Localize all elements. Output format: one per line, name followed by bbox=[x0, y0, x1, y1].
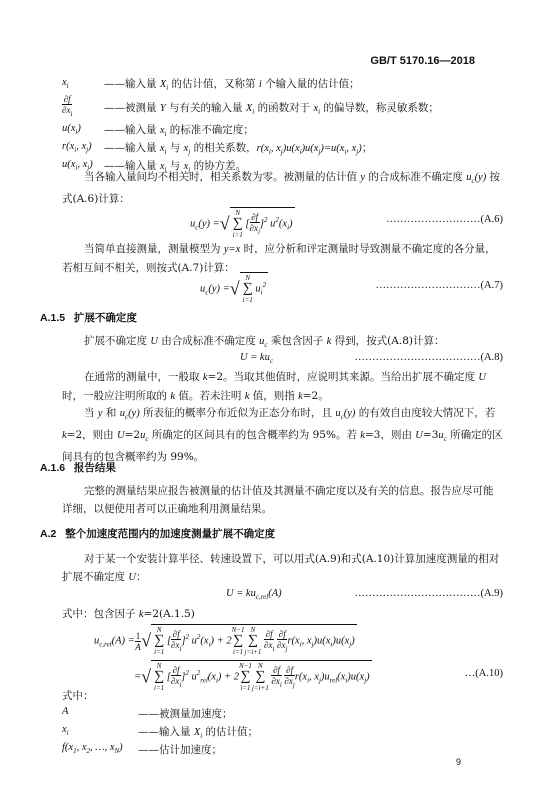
def-text-A: ——被测量加速度； bbox=[138, 706, 233, 721]
def-symbol-xi: xi bbox=[62, 77, 69, 90]
standard-header: GB/T 5170.16—2018 bbox=[370, 55, 475, 67]
equation-a10-line1: uc,rel(A) =1A√ N∑i=1 [∂f∂xi]2 u2(xi) + 2… bbox=[94, 624, 357, 656]
equation-label-a10: …(A.10) bbox=[465, 668, 503, 679]
paragraph-report: 完整的测量结果应报告被测量的估计值及其测量不确定度以及有关的信息。报告应尽可能详… bbox=[62, 482, 503, 518]
equation-a9: U = kuc,rel(A) bbox=[226, 588, 282, 601]
section-number: A.2 bbox=[40, 528, 56, 540]
def-symbol-A: A bbox=[62, 706, 68, 717]
def-symbol-xi-bottom: xi bbox=[62, 724, 69, 737]
def-text-rxixj: ——输入量 xi 与 xj 的相关系数，r(xi, xj)u(xi)u(xj)=… bbox=[104, 140, 372, 156]
equation-label-a8: ………………………………(A.8) bbox=[355, 352, 503, 363]
section-heading-a16: A.1.6 报告结果 bbox=[40, 460, 116, 475]
section-heading-a15: A.1.5 扩展不确定度 bbox=[40, 310, 137, 325]
section-title: 整个加速度范围内的加速度测量扩展不确定度 bbox=[65, 528, 275, 540]
equation-a7: uc(y) =√ N∑i=1 ui2 bbox=[200, 272, 268, 304]
def-text-partial: ——被测量 Y 与有关的输入量 Xi 的函数对于 xi 的偏导数，称灵敏系数； bbox=[104, 100, 439, 116]
equation-label-a7: …………………………(A.7) bbox=[376, 280, 503, 291]
paragraph-a7-intro: 当简单直接测量，测量模型为 y=x 时，应分析和评定测量时导致测量不确定度的各分… bbox=[62, 240, 503, 277]
paragraph-coverage-factor: 在通常的测量中，一般取 k=2。当取其他值时，应说明其来源。当给出扩展不确定度 … bbox=[62, 368, 503, 406]
def-symbol-rxixj: r(xi, xj) bbox=[62, 141, 92, 154]
def-text-xi-bottom: ——输入量 Xi 的估计值； bbox=[138, 724, 258, 740]
paragraph-a8-intro: 扩展不确定度 U 由合成标准不确定度 uc 乘包含因子 k 得到，按式(A.8)… bbox=[62, 332, 503, 354]
def-symbol-f: f(x1, x2, …, xN) bbox=[62, 742, 123, 755]
where-label: 式中： bbox=[62, 688, 94, 703]
equation-label-a9: ………………………………(A.9) bbox=[355, 588, 503, 599]
def-symbol-partial: ∂f∂xi bbox=[62, 94, 72, 119]
def-text-xi: ——输入量 Xi 的估计值，又称第 i 个输入量的估计值； bbox=[104, 76, 360, 92]
section-title: 报告结果 bbox=[74, 462, 116, 474]
paragraph-a6-intro: 当各输入量间均不相关时，相关系数为零。被测量的估计值 y 的合成标准不确定度 u… bbox=[62, 168, 503, 208]
section-heading-a2: A.2 整个加速度范围内的加速度测量扩展不确定度 bbox=[40, 526, 275, 541]
section-number: A.1.6 bbox=[40, 462, 65, 474]
paragraph-normal-distribution: 当 y 和 uc(y) 所表征的概率分布近似为正态分布时，且 uc(y) 的有效… bbox=[62, 404, 503, 466]
equation-a6: uc(y) =√ N∑i=1 [∂f∂xi]2 u2(xi) bbox=[190, 207, 295, 239]
section-number: A.1.5 bbox=[40, 312, 65, 324]
def-text-uxi: ——输入量 xi 的标准不确定度； bbox=[104, 122, 254, 138]
equation-a10-line2: =√ N∑i=1 [∂f∂xi]2 u2rel(xi) + 2N−1∑i=1N∑… bbox=[134, 660, 372, 692]
coverage-factor-note: 式中：包含因子 k=2(A.1.5) bbox=[62, 606, 195, 621]
equation-label-a6: ………………………(A.6) bbox=[386, 214, 503, 225]
paragraph-a9-intro: 对于某一个安装计算半径、转速设置下，可以用式(A.9)和式(A.10)计算加速度… bbox=[62, 550, 503, 587]
section-title: 扩展不确定度 bbox=[74, 312, 137, 324]
equation-a8: U = kuc bbox=[240, 352, 273, 365]
page-number: 9 bbox=[456, 757, 461, 767]
def-text-f: ——估计加速度； bbox=[138, 742, 222, 757]
def-symbol-uxi: u(xi) bbox=[62, 123, 81, 136]
